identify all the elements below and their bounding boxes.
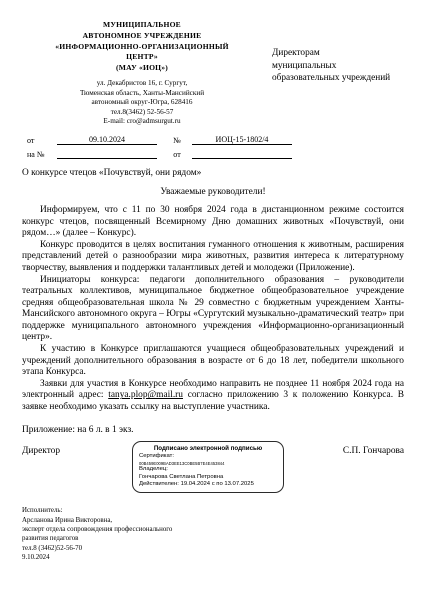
subject-line: О конкурсе чтецов «Почувствуй, они рядом…	[22, 168, 404, 178]
org-name-line: АВТОНОМНОЕ УЧРЕЖДЕНИЕ	[22, 31, 262, 42]
body-paragraph-2: Конкурс проводится в целях воспитания гу…	[22, 240, 404, 275]
reference-block: от 09.10.2024 № ИОЦ-15-1802/4 на № от	[22, 131, 288, 159]
addressee-line: муниципальных	[272, 60, 404, 73]
org-address-line: Тюменская область, Ханты-Мансийский	[22, 89, 262, 99]
executor-phone: тел.8 (3462)52-56-70	[22, 544, 404, 553]
org-address-line: E-mail: cro@admsurgut.ru	[22, 117, 262, 127]
executor-title-line: развития педагогов	[22, 534, 404, 543]
letter-body: Информируем, что с 11 по 30 ноября 2024 …	[22, 205, 404, 414]
executor-title-line: эксперт отдела сопровождения профессиона…	[22, 525, 404, 534]
letter-page: МУНИЦИПАЛЬНОЕ АВТОНОМНОЕ УЧРЕЖДЕНИЕ «ИНФ…	[0, 0, 424, 600]
stamp-cert-label: Сертификат:	[139, 453, 277, 460]
stamp-owner-label: Владелец:	[139, 466, 277, 473]
org-name-line: МУНИЦИПАЛЬНОЕ	[22, 20, 262, 31]
signer-name: С.П. Гончарова	[343, 441, 404, 456]
stamp-owner-value: Гончарова Светлана Петровна	[139, 474, 277, 481]
ref-from-label: от	[22, 136, 57, 145]
salutation: Уважаемые руководители!	[22, 187, 404, 197]
ref-on-number-label: на №	[22, 150, 57, 159]
stamp-validity: Действителен: 19.04.2024 с по 13.07.2025	[139, 481, 277, 488]
signature-row: Директор Подписано электронной подписью …	[22, 441, 404, 494]
email-link[interactable]: tanya.plop@mail.ru	[108, 390, 183, 400]
org-address-line: автономный округ-Югра, 628416	[22, 98, 262, 108]
body-paragraph-4: К участию в Конкурсе приглашаются учащие…	[22, 344, 404, 379]
ref-on-number-value	[57, 158, 157, 159]
addressee-block: Директорам муниципальных образовательных…	[272, 20, 404, 159]
org-name-line: «ИНФОРМАЦИОННО-ОРГАНИЗАЦИОННЫЙ	[22, 42, 262, 53]
reference-row-outgoing: от 09.10.2024 № ИОЦ-15-1802/4	[22, 131, 288, 145]
executor-name: Арсланова Ирина Викторовна,	[22, 516, 404, 525]
letterhead-left: МУНИЦИПАЛЬНОЕ АВТОНОМНОЕ УЧРЕЖДЕНИЕ «ИНФ…	[22, 20, 262, 159]
ref-number-label: №	[157, 136, 192, 145]
attachment-line: Приложение: на 6 л. в 1 экз.	[22, 425, 404, 435]
org-name-line: (МАУ «ИОЦ»)	[22, 63, 262, 74]
ref-on-from-label: от	[157, 150, 192, 159]
org-name: МУНИЦИПАЛЬНОЕ АВТОНОМНОЕ УЧРЕЖДЕНИЕ «ИНФ…	[22, 20, 262, 74]
addressee-line: Директорам	[272, 47, 404, 60]
e-signature-stamp: Подписано электронной подписью Сертифика…	[132, 441, 284, 494]
body-paragraph-5: Заявки для участия в Конкурсе необходимо…	[22, 379, 404, 414]
reference-row-incoming: на № от	[22, 145, 288, 159]
org-name-line: ЦЕНТР»	[22, 52, 262, 63]
body-paragraph-3: Инициаторы конкурса: педагоги дополнител…	[22, 275, 404, 345]
letterhead: МУНИЦИПАЛЬНОЕ АВТОНОМНОЕ УЧРЕЖДЕНИЕ «ИНФ…	[22, 20, 404, 159]
org-address: ул. Декабристов 16, г. Сургут, Тюменская…	[22, 79, 262, 127]
org-address-line: ул. Декабристов 16, г. Сургут,	[22, 79, 262, 89]
executor-date: 9.10.2024	[22, 553, 404, 562]
stamp-title: Подписано электронной подписью	[139, 445, 277, 454]
ref-date-value: 09.10.2024	[57, 135, 157, 145]
signer-position: Директор	[22, 441, 132, 456]
org-address-line: тел.8(3462) 52-56-57	[22, 108, 262, 118]
addressee-line: образовательных учреждений	[272, 72, 404, 85]
executor-block: Исполнитель: Арсланова Ирина Викторовна,…	[22, 506, 404, 562]
body-paragraph-1: Информируем, что с 11 по 30 ноября 2024 …	[22, 205, 404, 240]
executor-label: Исполнитель:	[22, 506, 404, 515]
